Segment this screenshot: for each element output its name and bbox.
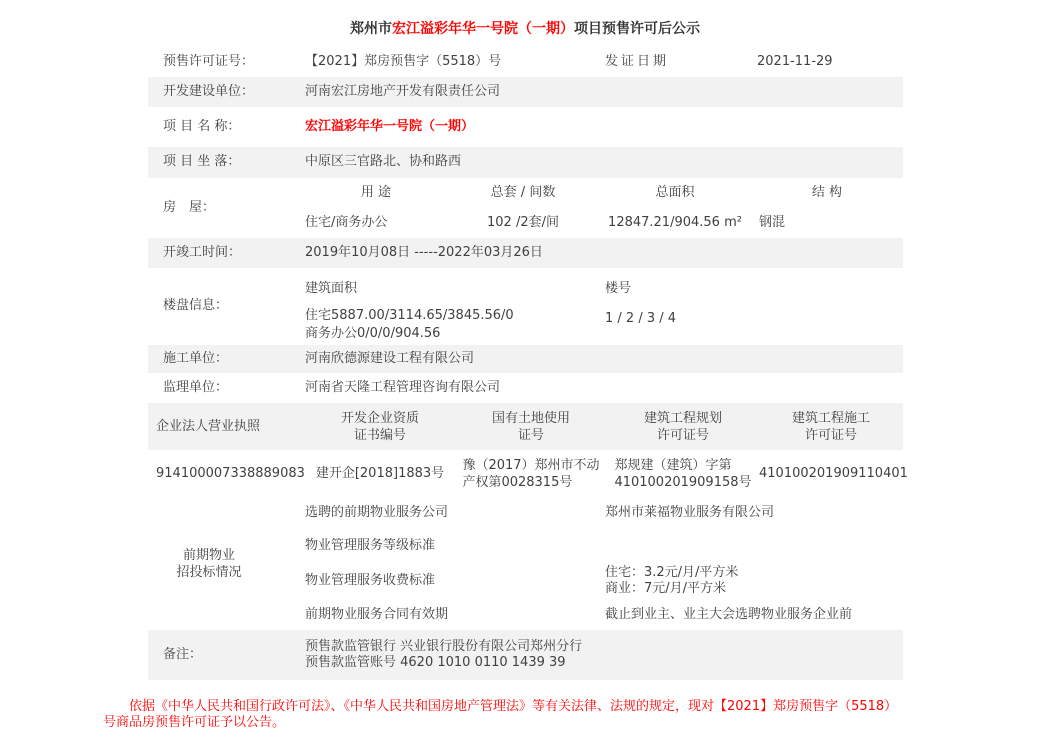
housing-area-header: 总面积	[599, 185, 751, 201]
land-use-cert-header: 国有土地使用 证号	[455, 410, 607, 444]
housing-structure-value: 钢混	[751, 215, 903, 231]
building-area-header: 建筑面积	[305, 281, 605, 297]
pre-property-item-grade: 物业管理服务等级标准	[305, 530, 903, 562]
issue-date-value: 2021-11-29	[757, 54, 833, 70]
pre-property-grade-label: 物业管理服务等级标准	[305, 538, 605, 554]
housing-units-value: 102 /2套/间	[447, 215, 599, 231]
row-project-name: 项 目 名 称： 宏江溢彩年华一号院（一期）	[148, 107, 903, 147]
qualification-cert-header-line2: 证书编号	[305, 427, 455, 444]
planning-permit-header-line2: 许可证号	[607, 427, 759, 444]
planning-permit-value-line2: 410100201909158号	[614, 474, 751, 491]
housing-usage-value: 住宅/商务办公	[305, 215, 447, 231]
land-use-cert-header-line2: 证号	[455, 427, 607, 444]
construction-permit-header: 建筑工程施工 许可证号	[759, 410, 903, 444]
qualification-cert-header-line1: 开发企业资质	[305, 410, 455, 427]
title-prefix: 郑州市	[350, 21, 392, 37]
qualification-cert-value: 建开企[2018]1883号	[305, 465, 455, 482]
title-project-name: 宏江溢彩年华一号院（一期）	[392, 21, 574, 37]
construction-permit-value: 410100201909110401	[759, 465, 903, 482]
pre-property-item-company: 选聘的前期物业服务公司 郑州市莱福物业服务有限公司	[305, 497, 903, 530]
housing-units-header: 总套 / 间数	[447, 185, 599, 201]
housing-usage-header: 用 途	[305, 185, 447, 201]
row-remark: 备注： 预售款监管银行 兴业银行股份有限公司郑州分行 预售款监管账号 4620 …	[148, 630, 903, 680]
pre-property-label: 前期物业 招投标情况	[148, 497, 305, 630]
land-use-cert-value: 豫（2017）郑州市不动 产权第0028315号	[455, 457, 607, 491]
project-name-value: 宏江溢彩年华一号院（一期）	[305, 119, 474, 135]
license-header-grid: 企业法人营业执照 开发企业资质 证书编号 国有土地使用 证号 建筑工程规划 许可…	[148, 410, 903, 444]
pre-property-label-line1: 前期物业	[173, 547, 245, 564]
announcement-page: 郑州市宏江溢彩年华一号院（一期）项目预售许可后公示 预售许可证号： 【2021】…	[0, 0, 1050, 741]
project-location-value: 中原区三官路北、协和路西	[305, 154, 461, 170]
remark-bank-line: 预售款监管银行 兴业银行股份有限公司郑州分行	[305, 639, 582, 655]
pre-property-item-fee: 物业管理服务收费标准 住宅：3.2元/月/平方米 商业：7元/月/平方米	[305, 562, 903, 600]
housing-col-usage: 用 途 住宅/商务办公	[305, 178, 447, 238]
building-area-line-1: 住宅5887.00/3114.65/3845.56/0	[305, 307, 605, 325]
housing-label: 房 屋：	[148, 178, 305, 238]
row-pre-property: 前期物业 招投标情况 选聘的前期物业服务公司 郑州市莱福物业服务有限公司 物业管…	[148, 497, 903, 630]
license-value-grid: 914100007338889083 建开企[2018]1883号 豫（2017…	[148, 457, 903, 491]
project-name-label: 项 目 名 称：	[148, 119, 305, 135]
construction-period-label: 开竣工时间：	[148, 245, 305, 261]
title-suffix: 项目预售许可后公示	[574, 21, 700, 37]
pre-property-item-contract: 前期物业服务合同有效期 截止到业主、业主大会选聘物业服务企业前	[305, 600, 903, 630]
pre-property-label-block: 前期物业 招投标情况	[173, 547, 245, 581]
housing-col-units: 总套 / 间数 102 /2套/间	[447, 178, 599, 238]
row-construction-period: 开竣工时间： 2019年10月08日 -----2022年03月26日	[148, 238, 903, 268]
planning-permit-value-line1: 郑规建（建筑）字第	[614, 457, 751, 474]
pre-property-contract-label: 前期物业服务合同有效期	[305, 607, 605, 623]
land-use-cert-value-line1: 豫（2017）郑州市不动	[462, 457, 599, 474]
developer-value: 河南宏江房地产开发有限责任公司	[305, 84, 500, 100]
qualification-cert-header: 开发企业资质 证书编号	[305, 410, 455, 444]
pre-property-fee-residential: 住宅：3.2元/月/平方米	[605, 565, 738, 581]
building-area-line-2: 商务办公0/0/0/904.56	[305, 325, 605, 343]
planning-permit-value-block: 郑规建（建筑）字第 410100201909158号	[614, 457, 751, 491]
row-project-location: 项 目 坐 落： 中原区三官路北、协和路西	[148, 147, 903, 178]
housing-columns: 用 途 住宅/商务办公 总套 / 间数 102 /2套/间 总面积 12847.…	[305, 178, 903, 238]
permit-info-table: 预售许可证号： 【2021】郑房预售字（5518）号 发证日期 2021-11-…	[148, 48, 903, 680]
pre-property-company-name-label: 选聘的前期物业服务公司	[305, 505, 605, 521]
pre-property-label-line2: 招投标情况	[173, 564, 245, 581]
remark-label: 备注：	[148, 647, 305, 663]
legal-notice: 依据《中华人民共和国行政许可法》、《中华人民共和国房地产管理法》等有关法律、法规…	[103, 699, 903, 731]
business-license-value: 914100007338889083	[148, 465, 305, 482]
housing-structure-header: 结 构	[751, 185, 903, 201]
legal-notice-line1: 依据《中华人民共和国行政许可法》、《中华人民共和国房地产管理法》等有关法律、法规…	[103, 699, 903, 715]
row-supervisor: 监理单位： 河南省天隆工程管理咨询有限公司	[148, 373, 903, 403]
row-license-headers: 企业法人营业执照 开发企业资质 证书编号 国有土地使用 证号 建筑工程规划 许可…	[148, 403, 903, 450]
construction-permit-header-line2: 许可证号	[759, 427, 903, 444]
housing-area-value: 12847.21/904.56 m²	[599, 215, 751, 231]
land-use-cert-header-line1: 国有土地使用	[455, 410, 607, 427]
row-developer: 开发建设单位： 河南宏江房地产开发有限责任公司	[148, 77, 903, 107]
pre-property-fee-commercial: 商业：7元/月/平方米	[605, 581, 738, 597]
supervisor-label: 监理单位：	[148, 380, 305, 396]
supervisor-value: 河南省天隆工程管理咨询有限公司	[305, 380, 500, 396]
construction-period-value: 2019年10月08日 -----2022年03月26日	[305, 245, 543, 261]
tower-number-header: 楼号	[605, 281, 676, 297]
permit-number-label: 预售许可证号：	[148, 54, 305, 70]
business-license-header: 企业法人营业执照	[148, 418, 305, 435]
building-info-content: 建筑面积 住宅5887.00/3114.65/3845.56/0 商务办公0/0…	[305, 268, 903, 345]
remark-account-line: 预售款监管账号 4620 1010 0110 1439 39	[305, 655, 582, 671]
pre-property-contract-value: 截止到业主、业主大会选聘物业服务企业前	[605, 607, 852, 623]
contractor-label: 施工单位：	[148, 351, 305, 367]
pre-property-fee-value: 住宅：3.2元/月/平方米 商业：7元/月/平方米	[605, 565, 738, 597]
row-housing: 房 屋： 用 途 住宅/商务办公 总套 / 间数 102 /2套/间 总面积 1…	[148, 178, 903, 238]
planning-permit-header-line1: 建筑工程规划	[607, 410, 759, 427]
page-title: 郑州市宏江溢彩年华一号院（一期）项目预售许可后公示	[0, 18, 1050, 38]
construction-permit-header-line1: 建筑工程施工	[759, 410, 903, 427]
legal-notice-line2: 号商品房预售许可证予以公告。	[103, 715, 903, 731]
remark-content: 预售款监管银行 兴业银行股份有限公司郑州分行 预售款监管账号 4620 1010…	[305, 639, 582, 671]
pre-property-fee-label: 物业管理服务收费标准	[305, 573, 605, 589]
row-contractor: 施工单位： 河南欣德源建设工程有限公司	[148, 345, 903, 373]
contractor-value: 河南欣德源建设工程有限公司	[305, 351, 474, 367]
row-building-info: 楼盘信息： 建筑面积 住宅5887.00/3114.65/3845.56/0 商…	[148, 268, 903, 345]
housing-col-structure: 结 构 钢混	[751, 178, 903, 238]
developer-label: 开发建设单位：	[148, 84, 305, 100]
permit-number-value: 【2021】郑房预售字（5518）号	[305, 54, 605, 70]
building-tower-column: 楼号 1 / 2 / 3 / 4	[605, 281, 676, 345]
row-license-values: 914100007338889083 建开企[2018]1883号 豫（2017…	[148, 450, 903, 497]
issue-date-label: 发证日期	[605, 54, 757, 70]
planning-permit-value: 郑规建（建筑）字第 410100201909158号	[607, 457, 759, 491]
land-use-cert-value-line2: 产权第0028315号	[462, 474, 599, 491]
planning-permit-header: 建筑工程规划 许可证号	[607, 410, 759, 444]
building-info-label: 楼盘信息：	[148, 268, 305, 345]
project-location-label: 项 目 坐 落：	[148, 154, 305, 170]
pre-property-company-value: 郑州市莱福物业服务有限公司	[605, 505, 774, 521]
row-permit-number: 预售许可证号： 【2021】郑房预售字（5518）号 发证日期 2021-11-…	[148, 48, 903, 77]
building-area-column: 建筑面积 住宅5887.00/3114.65/3845.56/0 商务办公0/0…	[305, 281, 605, 345]
pre-property-items: 选聘的前期物业服务公司 郑州市莱福物业服务有限公司 物业管理服务等级标准 物业管…	[305, 497, 903, 630]
tower-number-value: 1 / 2 / 3 / 4	[605, 311, 676, 327]
housing-col-area: 总面积 12847.21/904.56 m²	[599, 178, 751, 238]
land-use-cert-value-block: 豫（2017）郑州市不动 产权第0028315号	[462, 457, 599, 491]
